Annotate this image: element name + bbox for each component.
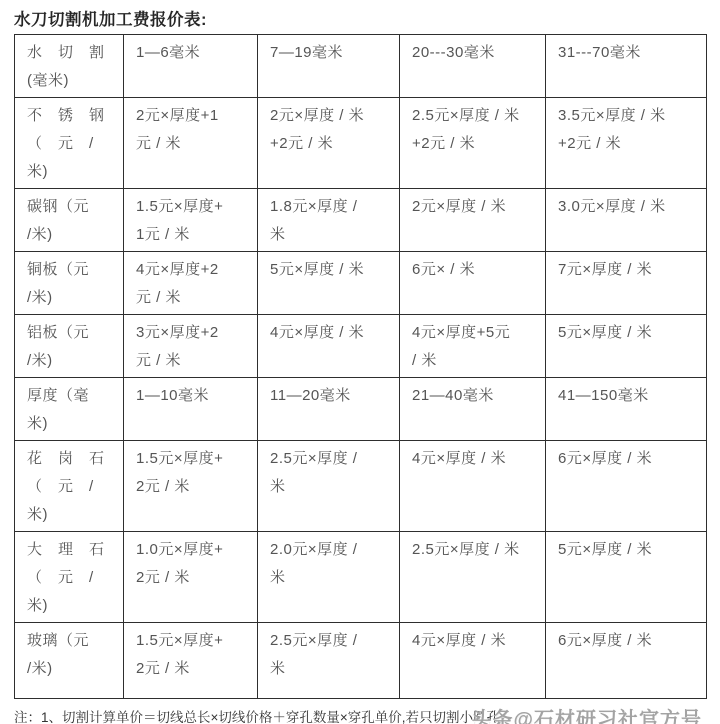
table-cell: 2元×厚度+1 元 / 米 <box>124 98 258 189</box>
row-header-cell: 水 切 割 (毫米) <box>15 35 124 98</box>
table-row: 大 理 石 （ 元 / 米) 1.0元×厚度+ 2元 / 米 2.0元×厚度 /… <box>15 532 707 623</box>
table-cell: 3.5元×厚度 / 米 +2元 / 米 <box>546 98 707 189</box>
table-row: 花 岗 石 （ 元 / 米) 1.5元×厚度+ 2元 / 米 2.5元×厚度 /… <box>15 441 707 532</box>
table-cell: 2.5元×厚度 / 米 <box>258 623 400 699</box>
row-header-cell: 铜板（元 /米) <box>15 252 124 315</box>
table-cell: 7—19毫米 <box>258 35 400 98</box>
table-cell: 20---30毫米 <box>400 35 546 98</box>
table-cell: 2元×厚度 / 米 <box>400 189 546 252</box>
table-cell: 1.5元×厚度+ 2元 / 米 <box>124 623 258 699</box>
table-cell: 2.0元×厚度 / 米 <box>258 532 400 623</box>
table-cell: 6元×厚度 / 米 <box>546 441 707 532</box>
table-cell: 1—6毫米 <box>124 35 258 98</box>
row-header-cell: 铝板（元 /米) <box>15 315 124 378</box>
row-header-cell: 不 锈 钢 （ 元 / 米) <box>15 98 124 189</box>
table-cell: 7元×厚度 / 米 <box>546 252 707 315</box>
pricing-table: 水 切 割 (毫米) 1—6毫米 7—19毫米 20---30毫米 31---7… <box>14 34 707 699</box>
table-cell: 4元×厚度 / 米 <box>400 623 546 699</box>
table-row: 玻璃（元 /米) 1.5元×厚度+ 2元 / 米 2.5元×厚度 / 米 4元×… <box>15 623 707 699</box>
table-row: 铝板（元 /米) 3元×厚度+2 元 / 米 4元×厚度 / 米 4元×厚度+5… <box>15 315 707 378</box>
table-row: 碳钢（元 /米) 1.5元×厚度+ 1元 / 米 1.8元×厚度 / 米 2元×… <box>15 189 707 252</box>
table-cell: 3.0元×厚度 / 米 <box>546 189 707 252</box>
row-header-cell: 碳钢（元 /米) <box>15 189 124 252</box>
watermark: 头条@石材研习社官方号 <box>471 703 702 724</box>
table-cell: 2.5元×厚度 / 米 <box>400 532 546 623</box>
row-header-cell: 玻璃（元 /米) <box>15 623 124 699</box>
table-cell: 2元×厚度 / 米 +2元 / 米 <box>258 98 400 189</box>
row-header-cell: 厚度（毫 米) <box>15 378 124 441</box>
table-cell: 11—20毫米 <box>258 378 400 441</box>
row-header-cell: 花 岗 石 （ 元 / 米) <box>15 441 124 532</box>
table-cell: 1.5元×厚度+ 1元 / 米 <box>124 189 258 252</box>
table-cell: 4元×厚度+5元 / 米 <box>400 315 546 378</box>
table-cell: 41—150毫米 <box>546 378 707 441</box>
table-row: 不 锈 钢 （ 元 / 米) 2元×厚度+1 元 / 米 2元×厚度 / 米 +… <box>15 98 707 189</box>
table-cell: 2.5元×厚度 / 米 +2元 / 米 <box>400 98 546 189</box>
page-title: 水刀切割机加工费报价表: <box>0 0 720 31</box>
table-cell: 6元×厚度 / 米 <box>546 623 707 699</box>
table-cell: 4元×厚度+2 元 / 米 <box>124 252 258 315</box>
page-footer: 注：1、切割计算单价＝切线总长×切线价格＋穿孔数量×穿孔单价,若只切割小圆孔, … <box>14 709 714 724</box>
table-cell: 5元×厚度 / 米 <box>258 252 400 315</box>
document-page: 水刀切割机加工费报价表: 水 切 割 (毫米) 1—6毫米 7—19毫米 20-… <box>0 0 720 724</box>
table-cell: 5元×厚度 / 米 <box>546 315 707 378</box>
table-cell: 1—10毫米 <box>124 378 258 441</box>
table-cell: 6元× / 米 <box>400 252 546 315</box>
row-header-cell: 大 理 石 （ 元 / 米) <box>15 532 124 623</box>
table-cell: 2.5元×厚度 / 米 <box>258 441 400 532</box>
table-cell: 1.8元×厚度 / 米 <box>258 189 400 252</box>
table-row: 水 切 割 (毫米) 1—6毫米 7—19毫米 20---30毫米 31---7… <box>15 35 707 98</box>
table-cell: 1.5元×厚度+ 2元 / 米 <box>124 441 258 532</box>
table-cell: 21—40毫米 <box>400 378 546 441</box>
table-cell: 1.0元×厚度+ 2元 / 米 <box>124 532 258 623</box>
table-cell: 3元×厚度+2 元 / 米 <box>124 315 258 378</box>
table-cell: 5元×厚度 / 米 <box>546 532 707 623</box>
table-cell: 4元×厚度 / 米 <box>258 315 400 378</box>
table-row: 铜板（元 /米) 4元×厚度+2 元 / 米 5元×厚度 / 米 6元× / 米… <box>15 252 707 315</box>
table-cell: 31---70毫米 <box>546 35 707 98</box>
table-row: 厚度（毫 米) 1—10毫米 11—20毫米 21—40毫米 41—150毫米 <box>15 378 707 441</box>
table-cell: 4元×厚度 / 米 <box>400 441 546 532</box>
